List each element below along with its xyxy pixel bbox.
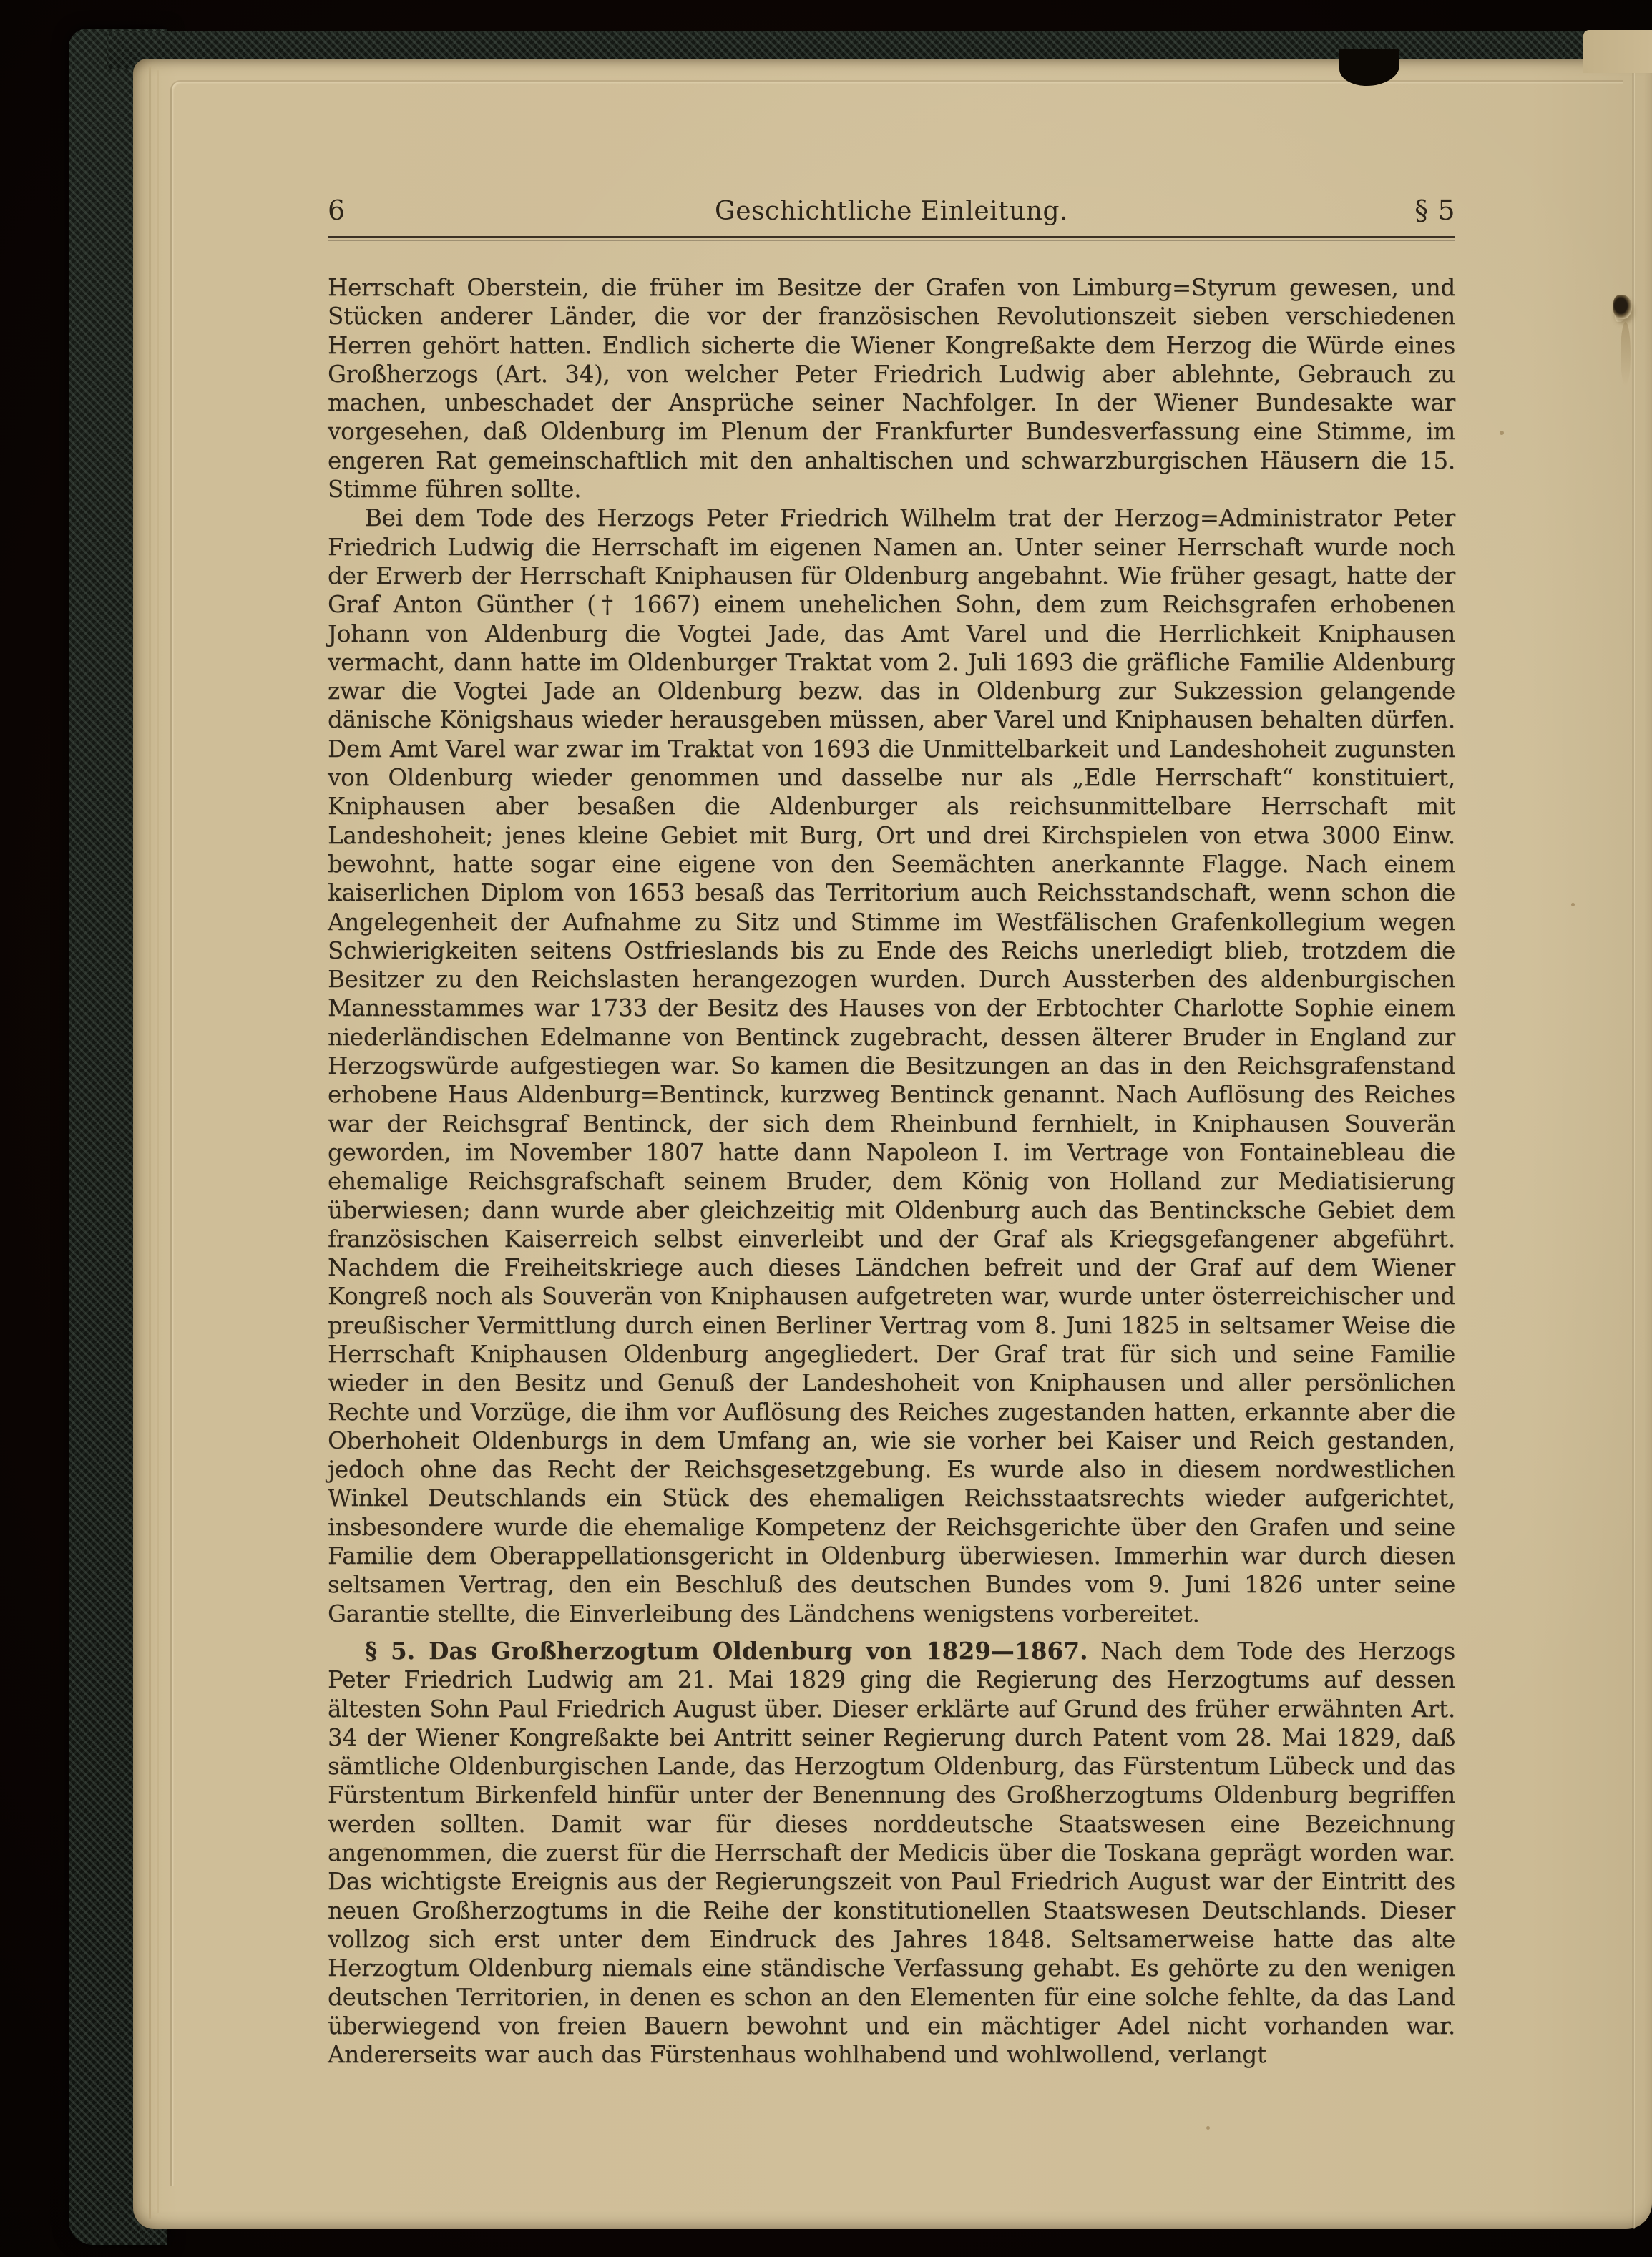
book-photo: 6 Geschichtliche Einleitung. § 5 Herrsch… xyxy=(0,0,1652,2257)
section-heading: § 5. Das Großherzogtum Oldenburg von 182… xyxy=(365,1637,1088,1665)
page-number: 6 xyxy=(328,195,456,226)
paper-speck xyxy=(1500,431,1504,435)
book-page: 6 Geschichtliche Einleitung. § 5 Herrsch… xyxy=(133,59,1652,2229)
running-title: Geschichtliche Einleitung. xyxy=(456,196,1326,227)
section-marker: § 5 xyxy=(1326,195,1455,226)
fore-edge-pages xyxy=(1583,30,1652,73)
paper-tear xyxy=(1613,295,1632,319)
top-edge-dark-blob xyxy=(1339,49,1399,86)
paragraph: Bei dem Tode des Herzogs Peter Friedrich… xyxy=(328,504,1455,1628)
body-text: Herrschaft Oberstein, die früher im Besi… xyxy=(328,273,1455,2069)
paragraph-continuation: Herrschaft Oberstein, die früher im Besi… xyxy=(328,273,1455,504)
paper-speck xyxy=(1206,2126,1210,2130)
running-header: 6 Geschichtliche Einleitung. § 5 xyxy=(328,195,1455,227)
printed-content: 6 Geschichtliche Einleitung. § 5 Herrsch… xyxy=(328,195,1455,2069)
section-body: Nach dem Tode des Herzogs Peter Friedric… xyxy=(328,1637,1455,2068)
fore-edge-crease xyxy=(1632,59,1635,2229)
under-page-edge-2 xyxy=(157,70,159,2213)
paper-tear-shadow xyxy=(1621,322,1631,386)
under-page-edge xyxy=(149,66,151,2219)
paragraph-section-5: § 5. Das Großherzogtum Oldenburg von 182… xyxy=(328,1637,1455,2069)
paper-speck xyxy=(1571,903,1575,906)
header-rule xyxy=(328,236,1455,242)
